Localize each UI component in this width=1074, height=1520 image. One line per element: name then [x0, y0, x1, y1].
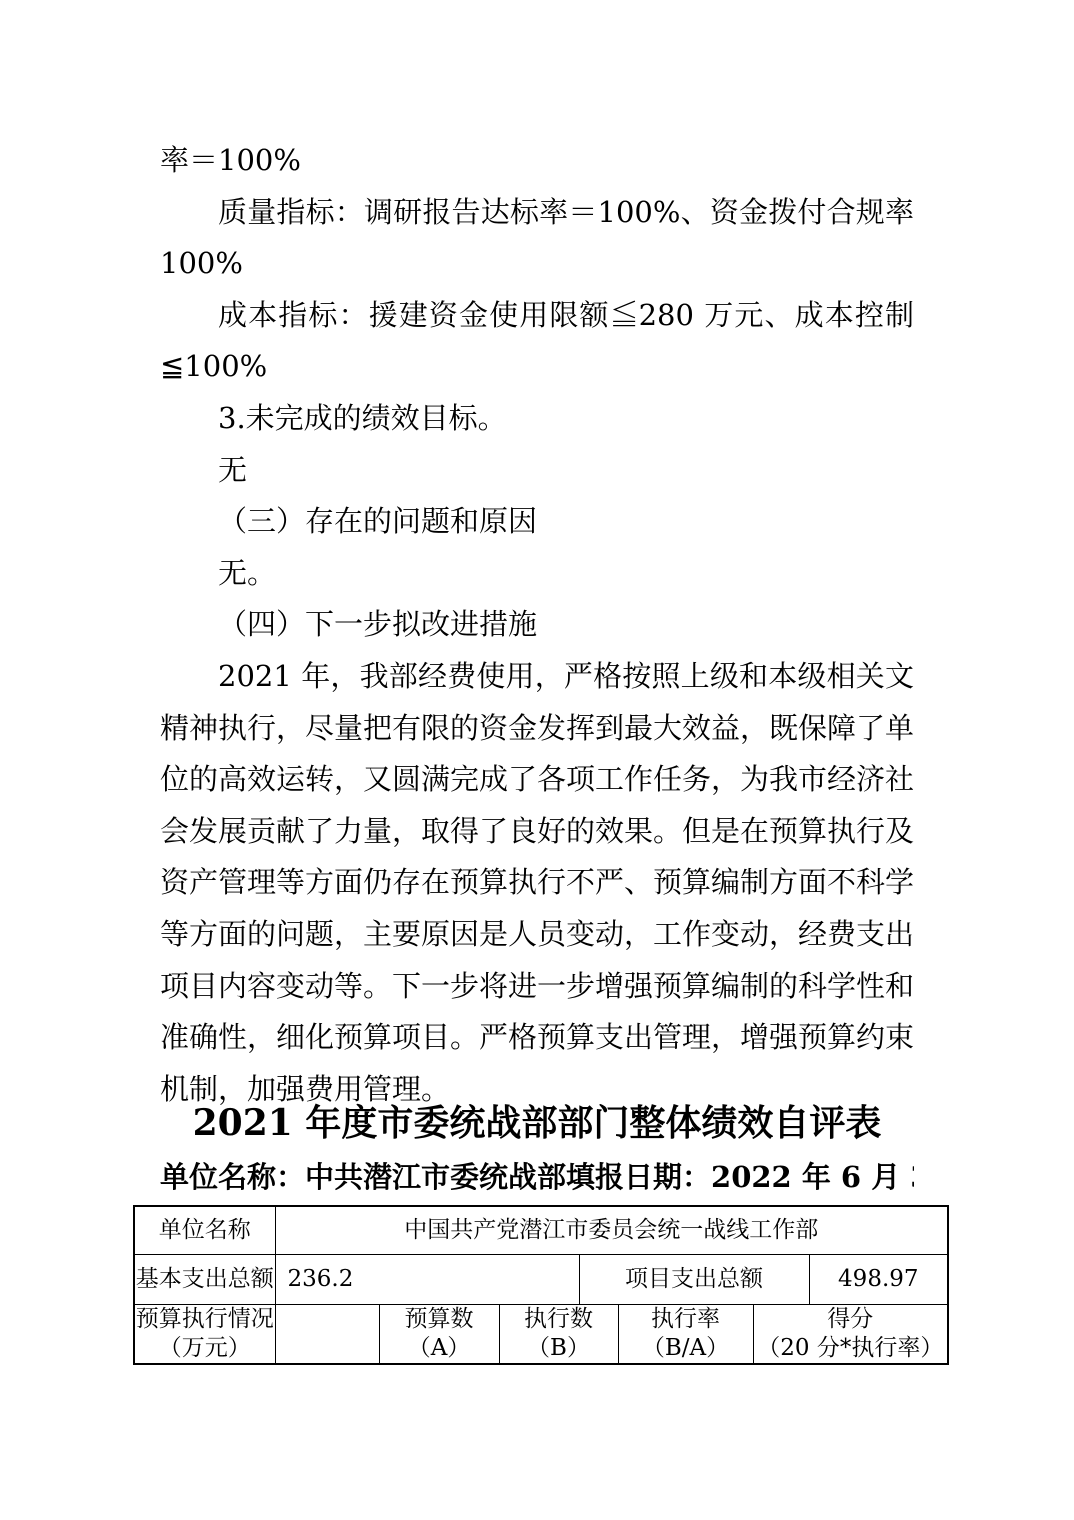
- body-line: 成本指标：援建资金使用限额≦280 万元、成本控制率: [160, 290, 914, 342]
- document-page: 率＝100% 质量指标：调研报告达标率＝100%、资金拨付合规率＝ 100% 成…: [0, 0, 1074, 1520]
- body-line: （三）存在的问题和原因: [160, 496, 914, 548]
- score-label-line2: （20 分*执行率）: [754, 1334, 948, 1363]
- body-line: 会发展贡献了力量，取得了良好的效果。但是在预算执行及: [160, 806, 914, 858]
- cell-score: 得分 （20 分*执行率）: [753, 1304, 948, 1364]
- form-header: 单位名称：中共潜江市委统战部 填报日期：2022 年 6 月 30 日: [160, 1157, 914, 1197]
- cell-exec-col-b: 执行数（B）: [499, 1304, 618, 1364]
- budget-execution-label-line1: 预算执行情况: [135, 1305, 275, 1334]
- cell-budget-col-a: 预算数（A）: [379, 1304, 499, 1364]
- cell-project-expense-value: 498.97: [809, 1254, 948, 1304]
- body-line: 精神执行，尽量把有限的资金发挥到最大效益，既保障了单: [160, 703, 914, 755]
- body-line: 2021 年，我部经费使用，严格按照上级和本级相关文件: [160, 651, 914, 703]
- cell-basic-expense-value: 236.2: [275, 1254, 579, 1304]
- body-line: 等方面的问题，主要原因是人员变动，工作变动，经费支出: [160, 909, 914, 961]
- body-line: 无: [160, 445, 914, 497]
- body-line: （四）下一步拟改进措施: [160, 599, 914, 651]
- body-line: 项目内容变动等。下一步将进一步增强预算编制的科学性和: [160, 961, 914, 1013]
- cell-unit-name-label: 单位名称: [134, 1206, 275, 1254]
- performance-summary-table: 单位名称 中国共产党潜江市委员会统一战线工作部 基本支出总额 236.2 项目支…: [133, 1205, 949, 1365]
- body-line: 100%: [160, 238, 914, 290]
- cell-exec-rate: 执行率（B/A）: [618, 1304, 753, 1364]
- cell-basic-expense-label: 基本支出总额: [134, 1254, 275, 1304]
- score-label-line1: 得分: [754, 1305, 948, 1334]
- body-line: 无。: [160, 548, 914, 600]
- cell-unit-name-value: 中国共产党潜江市委员会统一战线工作部: [275, 1206, 948, 1254]
- cell-empty: [275, 1304, 379, 1364]
- unit-name-label: 单位名称：中共潜江市委统战部: [160, 1157, 566, 1197]
- body-line: 质量指标：调研报告达标率＝100%、资金拨付合规率＝: [160, 187, 914, 239]
- body-line: 准确性，细化预算项目。严格预算支出管理，增强预算约束: [160, 1012, 914, 1064]
- body-line: 资产管理等方面仍存在预算执行不严、预算编制方面不科学: [160, 857, 914, 909]
- body-line: 3.未完成的绩效目标。: [160, 393, 914, 445]
- document-title: 2021 年度市委统战部部门整体绩效自评表: [160, 1101, 914, 1145]
- cell-budget-execution-label: 预算执行情况 （万元）: [134, 1304, 275, 1364]
- body-line: 率＝100%: [160, 135, 914, 187]
- cell-project-expense-label: 项目支出总额: [579, 1254, 809, 1304]
- body-text: 率＝100% 质量指标：调研报告达标率＝100%、资金拨付合规率＝ 100% 成…: [160, 135, 914, 1115]
- report-date-label: 填报日期：2022 年 6 月 30 日: [566, 1157, 914, 1197]
- budget-execution-label-line2: （万元）: [135, 1334, 275, 1363]
- body-line: 位的高效运转，又圆满完成了各项工作任务，为我市经济社: [160, 754, 914, 806]
- body-line: ≦100%: [160, 341, 914, 393]
